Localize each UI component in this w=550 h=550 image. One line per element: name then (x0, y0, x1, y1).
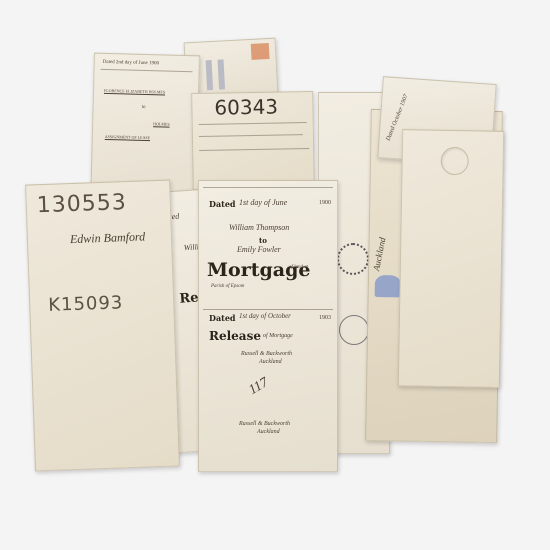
assignment-party: FLORENCE ELIZABETH HOLMES (104, 88, 165, 95)
blue-crest-stamp (375, 275, 401, 297)
envelope-window (206, 60, 214, 90)
mortgage-year: 1900 (319, 200, 331, 206)
mortgage-dated-value: 1st day of June (239, 198, 287, 207)
mortgage-deed: Dated 1st day of June 1900 William Thomp… (198, 180, 338, 472)
seal-stamp (339, 315, 369, 345)
mortgage-dated2-label: Dated (209, 313, 236, 323)
mortgage-year2: 1903 (319, 315, 331, 321)
mortgage-party-to: Emily Fowler (237, 245, 281, 254)
envelope-window (218, 59, 226, 89)
envelope-address: Auckland (371, 237, 387, 272)
numbered-deed: 60343 (191, 91, 315, 190)
solicitor-2-place: Auckland (257, 429, 280, 435)
left-deed-number-bottom: K15093 (48, 292, 124, 316)
embossed-seal (440, 147, 468, 175)
mortgage-place-note: Parish of Epsom (211, 284, 244, 289)
seal-envelope (398, 129, 504, 388)
release-note: of Mortgage (263, 333, 293, 339)
solicitor-2: Russell & Buckworth (239, 421, 290, 427)
assignment-dated: Dated 2nd day of June 1900 (103, 60, 159, 66)
mortgage-title: Mortgage (207, 259, 310, 281)
solicitor-1: Russell & Buckworth (241, 351, 292, 357)
left-deed-name: Edwin Bamford (70, 229, 146, 247)
assignment-party2: HOLMES (153, 121, 170, 126)
left-deed: 130553 Edwin Bamford K15093 (25, 180, 180, 472)
mortgage-sub-note: of land at (289, 265, 308, 270)
assignment-title: ASSIGNMENT OF LEASE (105, 134, 150, 140)
deed-number: 60343 (214, 95, 278, 120)
left-deed-number-top: 130553 (36, 190, 127, 218)
seal-stamp (337, 243, 369, 275)
solicitor-1-place: Auckland (259, 359, 282, 365)
mortgage-party-from: William Thompson (229, 223, 289, 232)
mortgage-dated-label: Dated (209, 199, 236, 209)
mortgage-to: to (259, 236, 267, 245)
handwritten-mark: 117 (246, 375, 271, 399)
release-title: Release (209, 329, 261, 343)
postage-stamp (251, 43, 270, 60)
mortgage-dated2-value: 1st day of October (239, 312, 291, 320)
assignment-to: to (142, 105, 146, 110)
